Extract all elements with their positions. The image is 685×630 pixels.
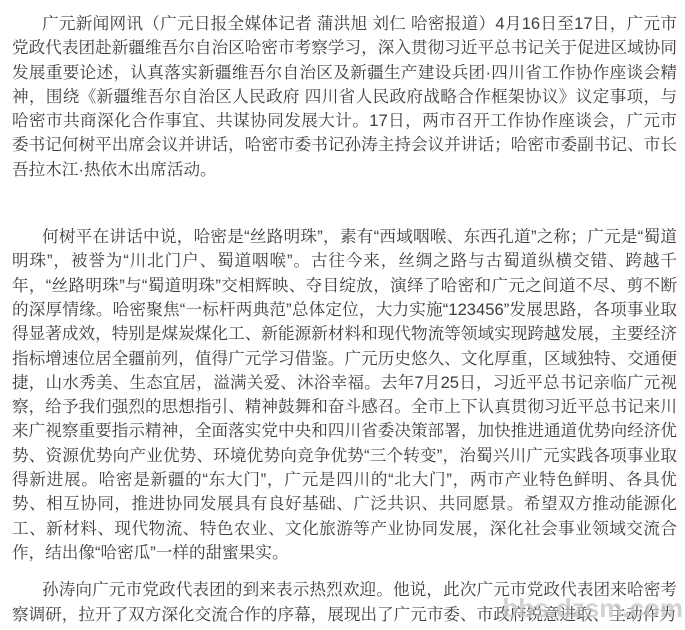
article-paragraph-1: 广元新闻网讯（广元日报全媒体记者 蒲洪旭 刘仁 哈密报道）4月16日至17日，广… bbox=[12, 12, 677, 182]
article-body: 广元新闻网讯（广元日报全媒体记者 蒲洪旭 刘仁 哈密报道）4月16日至17日，广… bbox=[0, 0, 685, 627]
article-paragraph-3: 孙涛向广元市党政代表团的到来表示热烈欢迎。他说，此次广元市党政代表团来哈密考察调… bbox=[12, 578, 677, 627]
article-page: 广元新闻网讯（广元日报全媒体记者 蒲洪旭 刘仁 哈密报道）4月16日至17日，广… bbox=[0, 0, 685, 630]
article-paragraph-2: 何树平在讲话中说，哈密是“丝路明珠”，素有“西域咽喉、东西孔道”之称；广元是“蜀… bbox=[12, 225, 677, 565]
